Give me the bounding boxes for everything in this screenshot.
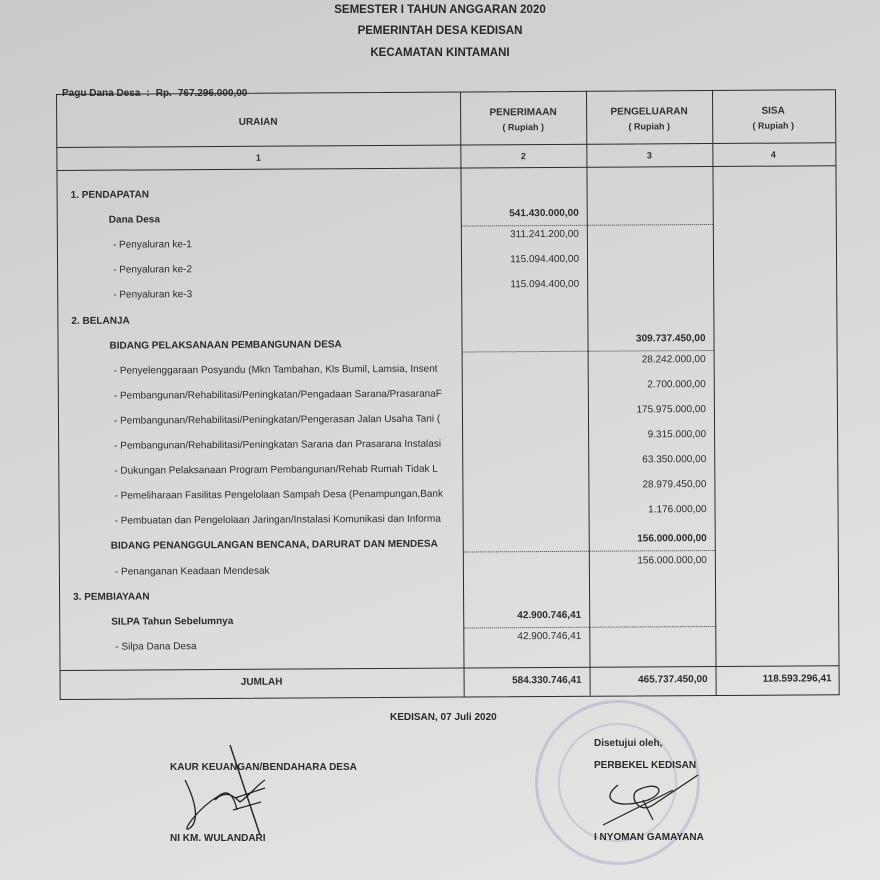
row-pengeluaran-value: 1.176.000,00 [589,504,707,516]
row-label-item: - Penanganan Keadaan Mendesak [115,564,459,577]
column-number: 2 [460,149,586,165]
row-label-item: - Pembangunan/Rehabilitasi/Peningkatan/P… [114,388,458,401]
government-title: PEMERINTAH DESA KEDISAN [0,25,880,37]
column-number: 4 [712,147,834,163]
column-number: 1 [56,150,460,167]
row-label-section: 1. PENDAPATAN [71,188,457,201]
row-label-item: - Pemeliharaan Fasilitas Pengelolaan Sam… [114,489,458,502]
total-sisa: 118.593.296,41 [716,673,832,685]
row-label-item: - Penyaluran ke-2 [113,263,457,276]
column-unit: ( Rupiah ) [712,118,834,134]
column-unit: ( Rupiah ) [586,119,712,135]
column-title: URAIAN [56,114,460,131]
total-pengeluaran: 465.737.450,00 [590,674,708,686]
row-pengeluaran-value: 63.350.000,00 [588,454,706,466]
row-penerimaan-value: 115.094.400,00 [461,254,579,266]
row-label-item: - Pembangunan/Rehabilitasi/Peningkatan S… [114,439,458,452]
district-title: KECAMATAN KINTAMANI [0,47,880,59]
row-pengeluaran-value: 28.242.000,00 [588,354,706,366]
row-pengeluaran-value: 9.315.000,00 [588,429,706,441]
column-header: PENERIMAAN( Rupiah ) [460,105,586,136]
place-date: KEDISAN, 07 Juli 2020 [390,712,497,723]
row-penerimaan-value: 115.094.400,00 [461,279,579,291]
column-unit: ( Rupiah ) [460,120,586,136]
row-pengeluaran-value: 175.975.000,00 [588,404,706,416]
column-number: 3 [586,148,712,164]
row-pengeluaran-value: 156.000.000,00 [589,533,707,545]
column-header: SISA( Rupiah ) [712,103,834,134]
row-pengeluaran-value: 156.000.000,00 [589,555,707,567]
row-pengeluaran-value: 309.737.450,00 [587,333,705,345]
row-penerimaan-value: 541.430.000,00 [461,208,579,220]
row-label-group: Dana Desa [109,213,457,226]
row-penerimaan-value: 42.900.746,41 [463,609,581,621]
row-label-item: - Pembangunan/Rehabilitasi/Peningkatan/P… [114,413,458,426]
row-label-item: - Pembuatan dan Pengelolaan Jaringan/Ins… [115,514,459,527]
report-period-title: SEMESTER I TAHUN ANGGARAN 2020 [0,4,880,16]
column-title: PENERIMAAN [460,105,586,121]
total-penerimaan: 584.330.746,41 [464,675,582,687]
row-label-item: - Penyaluran ke-1 [113,238,457,251]
column-header: PENGELUARAN( Rupiah ) [586,104,712,135]
row-pengeluaran-value: 2.700.000,00 [588,379,706,391]
column-title: SISA [712,103,834,119]
approved-by-label: Disetujui oleh, [594,738,662,749]
row-label-item: - Dukungan Pelaksanaan Program Pembangun… [114,464,458,477]
row-penerimaan-value: 311.241.200,00 [461,229,579,241]
row-label-item: - Penyelenggaraan Posyandu (Mkn Tambahan… [114,363,458,376]
row-label-group: SILPA Tahun Sebelumnya [111,614,459,627]
village-head-name: I NYOMAN GAMAYANA [594,832,704,843]
column-title: PENGELUARAN [586,104,712,120]
treasurer-signature [175,740,285,840]
budget-table: URAIAN1PENERIMAAN( Rupiah )2PENGELUARAN(… [56,89,840,700]
row-pengeluaran-value: 28.979.450,00 [588,479,706,491]
row-label-group: BIDANG PENANGGULANGAN BENCANA, DARURAT D… [111,539,459,552]
column-header: URAIAN [56,114,460,131]
row-label-item: - Penyaluran ke-3 [113,288,457,301]
row-label-section: 3. PEMBIAYAAN [73,589,459,602]
row-penerimaan-value: 42.900.746,41 [463,631,581,643]
row-label-item: - Silpa Dana Desa [115,639,459,652]
village-head-signature [598,770,708,830]
row-label-group: BIDANG PELAKSANAAN PEMBANGUNAN DESA [110,338,458,351]
